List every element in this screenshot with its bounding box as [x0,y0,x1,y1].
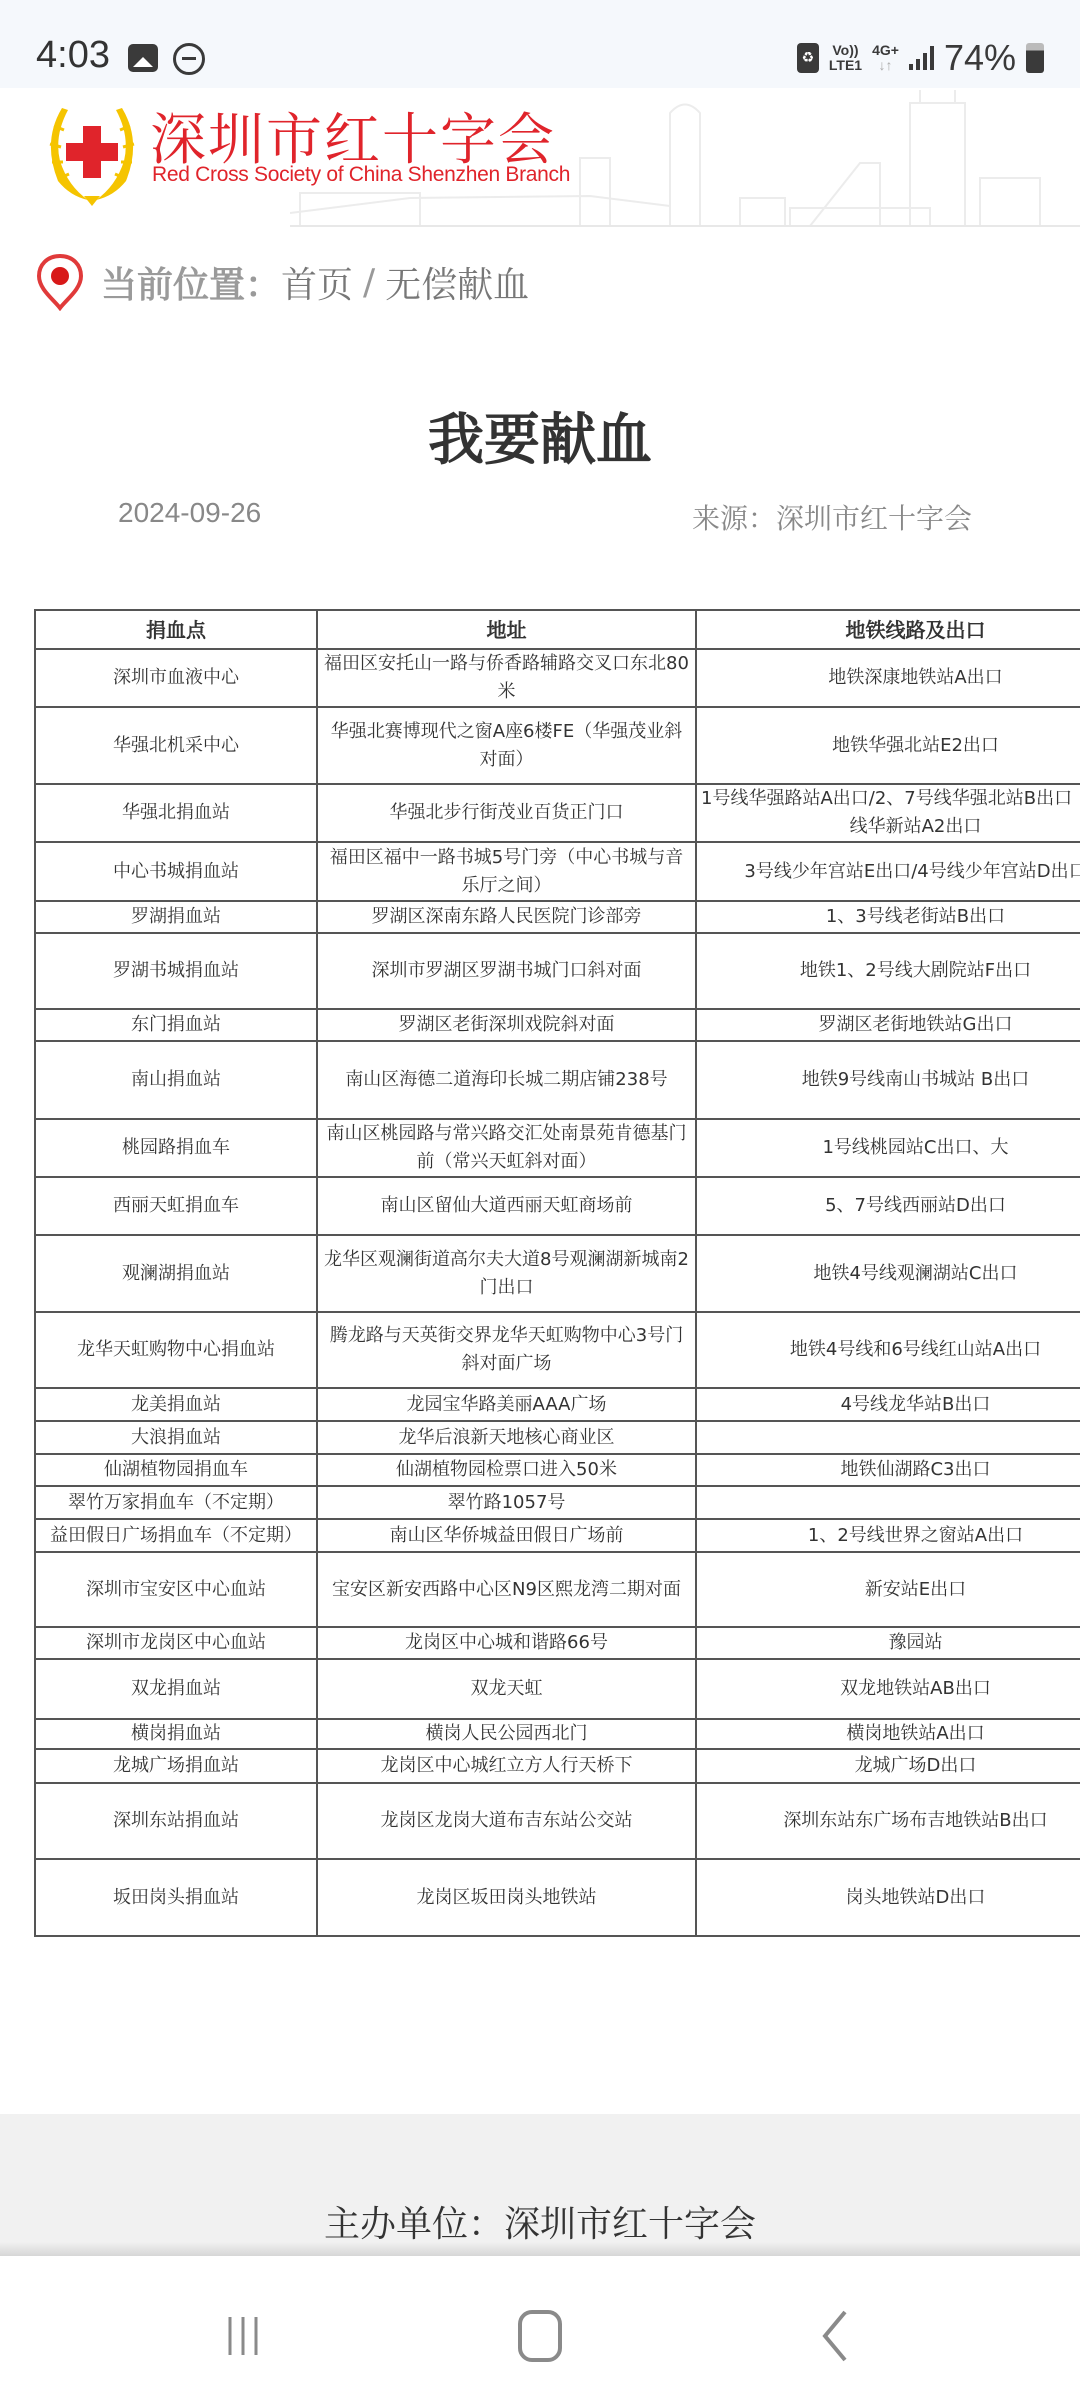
cell-site: 深圳市宝安区中心血站 [35,1552,317,1627]
cell-address: 横岗人民公园西北门 [317,1719,696,1749]
battery-percent: 74% [944,37,1016,79]
table-header-row: 捐血点 地址 地铁线路及出口 [35,610,1080,649]
cell-metro: 1、3号线老街站B出口 [696,901,1080,933]
table-row: 坂田岗头捐血站龙岗区坂田岗头地铁站岗头地铁站D出口 [35,1859,1080,1936]
cell-metro: 1号线华强路站A出口/2、7号线华强北站B出口线华新站A2出口 [696,784,1080,842]
lte-label: LTE1 [829,58,862,73]
do-not-disturb-icon [173,43,205,75]
cell-metro: 4号线龙华站B出口 [696,1388,1080,1421]
back-icon [815,2309,855,2363]
cell-metro [696,1486,1080,1519]
table-row: 华强北机采中心华强北赛博现代之窗A座6楼FE（华强茂业斜对面）地铁华强北站E2出… [35,707,1080,784]
recent-apps-button[interactable] [208,2306,278,2366]
table-row: 大浪捐血站龙华后浪新天地核心商业区 [35,1421,1080,1454]
cell-metro: 1号线桃园站C出口、大 [696,1119,1080,1177]
data-arrows-icon: ↓↑ [872,58,899,73]
cell-site: 横岗捐血站 [35,1719,317,1749]
cell-address: 宝安区新安西路中心区N9区熙龙湾二期对面 [317,1552,696,1627]
table-body: 深圳市血液中心福田区安托山一路与侨香路辅路交叉口东北80米地铁深康地铁站A出口华… [35,649,1080,1936]
cell-address: 仙湖植物园检票口进入50米 [317,1454,696,1486]
cell-metro: 1、2号线世界之窗站A出口 [696,1519,1080,1552]
cell-site: 大浪捐血站 [35,1421,317,1454]
breadcrumb-separator: / [363,262,375,303]
page-title: 我要献血 [0,396,1080,476]
network-type-indicator: 4G+ ↓↑ [872,43,899,73]
cell-site: 西丽天虹捐血车 [35,1177,317,1235]
table-row: 罗湖书城捐血站深圳市罗湖区罗湖书城门口斜对面地铁1、2号线大剧院站F出口 [35,933,1080,1009]
table-row: 龙华天虹购物中心捐血站腾龙路与天英街交界龙华天虹购物中心3号门斜对面广场地铁4号… [35,1312,1080,1388]
cell-site: 中心书城捐血站 [35,842,317,901]
cell-address: 南山区桃园路与常兴路交汇处南景苑肯德基门前（常兴天虹斜对面） [317,1119,696,1177]
cell-metro: 地铁深康地铁站A出口 [696,649,1080,707]
table-row: 深圳东站捐血站龙岗区龙岗大道布吉东站公交站深圳东站东广场布吉地铁站B出口 [35,1783,1080,1859]
breadcrumb: 当前位置： 首页 / 无偿献血 [35,252,529,312]
signal-strength-icon [909,46,934,70]
table-row: 横岗捐血站横岗人民公园西北门横岗地铁站A出口 [35,1719,1080,1749]
cell-site: 双龙捐血站 [35,1659,317,1719]
header-address: 地址 [317,610,696,649]
table-row: 华强北捐血站华强北步行街茂业百货正门口1号线华强路站A出口/2、7号线华强北站B… [35,784,1080,842]
cell-metro: 地铁4号线和6号线红山站A出口 [696,1312,1080,1388]
cell-site: 翠竹万家捐血车（不定期） [35,1486,317,1519]
table-row: 龙城广场捐血站龙岗区中心城红立方人行天桥下龙城广场D出口 [35,1749,1080,1783]
cell-address: 龙华后浪新天地核心商业区 [317,1421,696,1454]
volte-indicator: Vo)) LTE1 [829,43,862,73]
cell-site: 东门捐血站 [35,1009,317,1041]
cell-metro: 岗头地铁站D出口 [696,1859,1080,1936]
breadcrumb-blood-donation-link[interactable]: 无偿献血 [385,257,529,308]
cell-metro: 新安站E出口 [696,1552,1080,1627]
home-icon [515,2309,565,2363]
cell-site: 华强北机采中心 [35,707,317,784]
cell-address: 双龙天虹 [317,1659,696,1719]
table-row: 深圳市血液中心福田区安托山一路与侨香路辅路交叉口东北80米地铁深康地铁站A出口 [35,649,1080,707]
article-source: 来源：深圳市红十字会 [692,497,972,537]
table-row: 罗湖捐血站罗湖区深南东路人民医院门诊部旁1、3号线老街站B出口 [35,901,1080,933]
table-row: 翠竹万家捐血车（不定期）翠竹路1057号 [35,1486,1080,1519]
cell-site: 观澜湖捐血站 [35,1235,317,1312]
network-type-label: 4G+ [872,43,899,58]
status-bar: 4:03 ♻ Vo)) LTE1 4G+ ↓↑ 74% [0,0,1080,88]
page-footer: 主办单位：深圳市红十字会 [0,2114,1080,2256]
cell-metro: 横岗地铁站A出口 [696,1719,1080,1749]
cell-address: 福田区福中一路书城5号门旁（中心书城与音乐厅之间） [317,842,696,901]
org-name-en: Red Cross Society of China Shenzhen Bran… [152,163,570,187]
cell-metro-line1: 1号线华强路站A出口/2、7号线华强北站B出口 [701,785,1080,813]
cell-metro: 地铁9号线南山书城站 B出口 [696,1041,1080,1119]
table-row: 西丽天虹捐血车南山区留仙大道西丽天虹商场前5、7号线西丽站D出口 [35,1177,1080,1235]
breadcrumb-home-link[interactable]: 首页 [281,257,353,308]
cell-metro: 5、7号线西丽站D出口 [696,1177,1080,1235]
breadcrumb-label: 当前位置： [101,257,281,308]
cell-metro-line2: 线华新站A2出口 [701,813,1080,841]
cell-metro: 地铁华强北站E2出口 [696,707,1080,784]
system-nav-bar [0,2256,1080,2400]
location-pin-icon [35,253,85,311]
header-metro: 地铁线路及出口 [696,610,1080,649]
cell-address: 福田区安托山一路与侨香路辅路交叉口东北80米 [317,649,696,707]
cell-metro: 双龙地铁站AB出口 [696,1659,1080,1719]
cell-site: 龙华天虹购物中心捐血站 [35,1312,317,1388]
publish-date: 2024-09-26 [118,497,261,529]
recent-apps-icon [218,2311,268,2361]
cell-site: 龙城广场捐血站 [35,1749,317,1783]
gallery-notification-icon [128,44,158,72]
cell-address: 深圳市罗湖区罗湖书城门口斜对面 [317,933,696,1009]
cell-site: 龙美捐血站 [35,1388,317,1421]
cell-site: 深圳市血液中心 [35,649,317,707]
cell-address: 南山区华侨城益田假日广场前 [317,1519,696,1552]
table-row: 双龙捐血站双龙天虹双龙地铁站AB出口 [35,1659,1080,1719]
table-row: 南山捐血站南山区海德二道海印长城二期店铺238号地铁9号线南山书城站 B出口 [35,1041,1080,1119]
cell-address: 罗湖区老街深圳戏院斜对面 [317,1009,696,1041]
donation-sites-table: 捐血点 地址 地铁线路及出口 深圳市血液中心福田区安托山一路与侨香路辅路交叉口东… [34,609,1080,1937]
cell-address: 龙岗区龙岗大道布吉东站公交站 [317,1783,696,1859]
status-time: 4:03 [36,34,110,77]
cell-site: 罗湖捐血站 [35,901,317,933]
cell-site: 桃园路捐血车 [35,1119,317,1177]
cell-metro: 地铁4号线观澜湖站C出口 [696,1235,1080,1312]
cell-site: 南山捐血站 [35,1041,317,1119]
cell-site: 华强北捐血站 [35,784,317,842]
table-row: 龙美捐血站龙园宝华路美丽AAA广场4号线龙华站B出口 [35,1388,1080,1421]
table-row: 桃园路捐血车南山区桃园路与常兴路交汇处南景苑肯德基门前（常兴天虹斜对面）1号线桃… [35,1119,1080,1177]
cell-address: 龙华区观澜街道高尔夫大道8号观澜湖新城南2门出口 [317,1235,696,1312]
cell-metro [696,1421,1080,1454]
home-button[interactable] [505,2306,575,2366]
table-row: 深圳市宝安区中心血站宝安区新安西路中心区N9区熙龙湾二期对面新安站E出口 [35,1552,1080,1627]
cell-address: 翠竹路1057号 [317,1486,696,1519]
cell-address: 龙园宝华路美丽AAA广场 [317,1388,696,1421]
cell-address: 龙岗区中心城和谐路66号 [317,1627,696,1659]
volte-label: Vo)) [829,43,862,58]
cell-address: 华强北赛博现代之窗A座6楼FE（华强茂业斜对面） [317,707,696,784]
cell-address: 龙岗区中心城红立方人行天桥下 [317,1749,696,1783]
table-row: 东门捐血站罗湖区老街深圳戏院斜对面罗湖区老街地铁站G出口 [35,1009,1080,1041]
cell-address: 罗湖区深南东路人民医院门诊部旁 [317,901,696,933]
table-row: 观澜湖捐血站龙华区观澜街道高尔夫大道8号观澜湖新城南2门出口地铁4号线观澜湖站C… [35,1235,1080,1312]
cell-address: 腾龙路与天英街交界龙华天虹购物中心3号门斜对面广场 [317,1312,696,1388]
cell-site: 罗湖书城捐血站 [35,933,317,1009]
header-site: 捐血点 [35,610,317,649]
cell-address: 龙岗区坂田岗头地铁站 [317,1859,696,1936]
battery-icon [1026,43,1044,73]
cell-address: 华强北步行街茂业百货正门口 [317,784,696,842]
cell-metro: 地铁仙湖路C3出口 [696,1454,1080,1486]
site-banner: 深圳市红十字会 Red Cross Society of China Shenz… [0,88,1080,228]
cell-site: 仙湖植物园捐血车 [35,1454,317,1486]
cell-metro: 豫园站 [696,1627,1080,1659]
cell-metro: 地铁1、2号线大剧院站F出口 [696,933,1080,1009]
cell-site: 益田假日广场捐血车（不定期） [35,1519,317,1552]
cell-metro: 龙城广场D出口 [696,1749,1080,1783]
table-row: 中心书城捐血站福田区福中一路书城5号门旁（中心书城与音乐厅之间）3号线少年宫站E… [35,842,1080,901]
table-row: 深圳市龙岗区中心血站龙岗区中心城和谐路66号豫园站 [35,1627,1080,1659]
cell-site: 坂田岗头捐血站 [35,1859,317,1936]
cell-metro: 3号线少年宫站E出口/4号线少年宫站D出口 [696,842,1080,901]
battery-saver-icon: ♻ [797,43,819,73]
cell-address: 南山区海德二道海印长城二期店铺238号 [317,1041,696,1119]
status-right-group: ♻ Vo)) LTE1 4G+ ↓↑ 74% [797,36,1044,80]
cell-metro: 深圳东站东广场布吉地铁站B出口 [696,1783,1080,1859]
table-row: 益田假日广场捐血车（不定期）南山区华侨城益田假日广场前1、2号线世界之窗站A出口 [35,1519,1080,1552]
footer-divider [0,2242,1080,2256]
cell-metro: 罗湖区老街地铁站G出口 [696,1009,1080,1041]
donation-sites-table-container: 捐血点 地址 地铁线路及出口 深圳市血液中心福田区安托山一路与侨香路辅路交叉口东… [34,609,1080,1937]
cell-address: 南山区留仙大道西丽天虹商场前 [317,1177,696,1235]
table-row: 仙湖植物园捐血车仙湖植物园检票口进入50米地铁仙湖路C3出口 [35,1454,1080,1486]
cell-site: 深圳市龙岗区中心血站 [35,1627,317,1659]
red-cross-emblem-icon [40,96,144,206]
back-button[interactable] [800,2306,870,2366]
cell-site: 深圳东站捐血站 [35,1783,317,1859]
footer-organizer: 主办单位：深圳市红十字会 [0,2196,1080,2247]
